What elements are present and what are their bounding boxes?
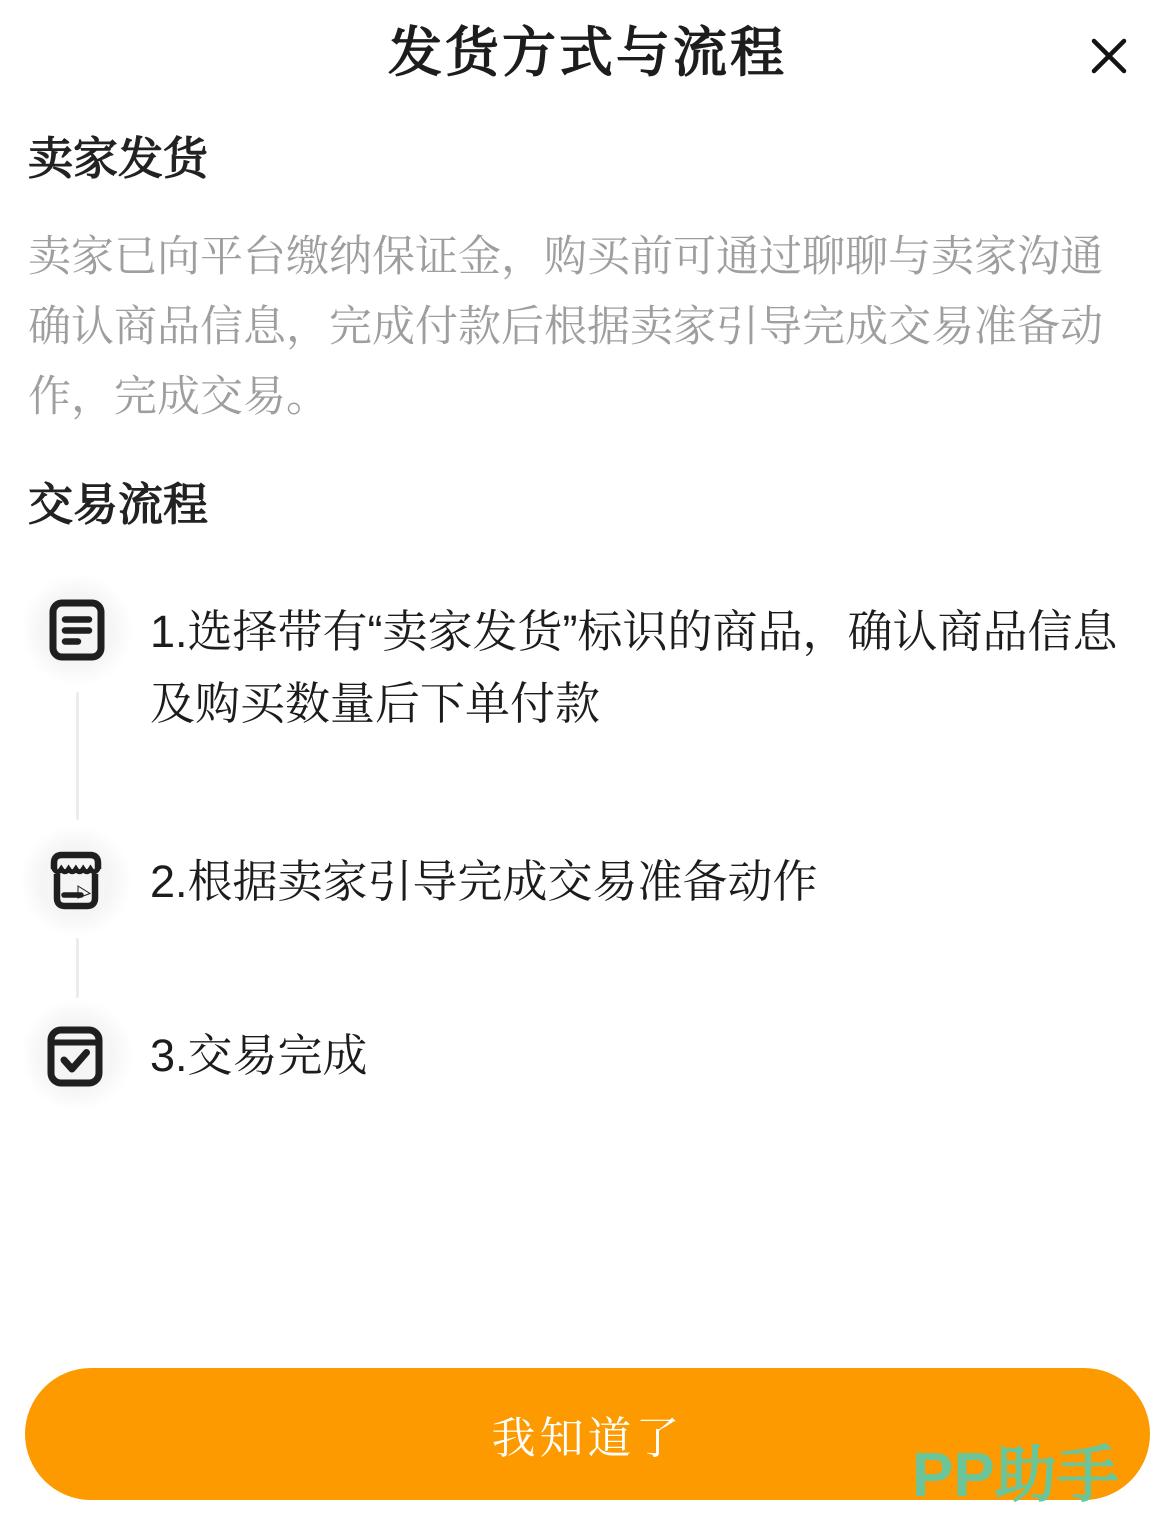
document-list-icon [49, 599, 105, 666]
pp-zhushou-watermark: PP助手 [912, 1444, 1119, 1508]
close-button[interactable] [1077, 24, 1141, 88]
storefront-arrow-icon [47, 849, 105, 918]
seller-shipping-description: 卖家已向平台缴纳保证金，购买前可通过聊聊与卖家沟通 确认商品信息，完成付款后根据… [28, 222, 1138, 432]
page-title: 发货方式与流程 [0, 22, 1175, 84]
close-icon [1083, 30, 1135, 82]
box-check-icon [47, 1023, 103, 1092]
transaction-process-heading: 交易流程 [28, 478, 208, 532]
step-2-text: 2.根据卖家引导完成交易准备动作 [150, 846, 1160, 918]
timeline-connector [76, 938, 79, 998]
timeline-connector [76, 692, 79, 820]
seller-shipping-heading: 卖家发货 [28, 132, 208, 186]
step-3-text: 3.交易完成 [150, 1020, 1160, 1092]
step-1-text: 1.选择带有“卖家发货”标识的商品，确认商品信息 及购买数量后下单付款 [150, 596, 1160, 740]
